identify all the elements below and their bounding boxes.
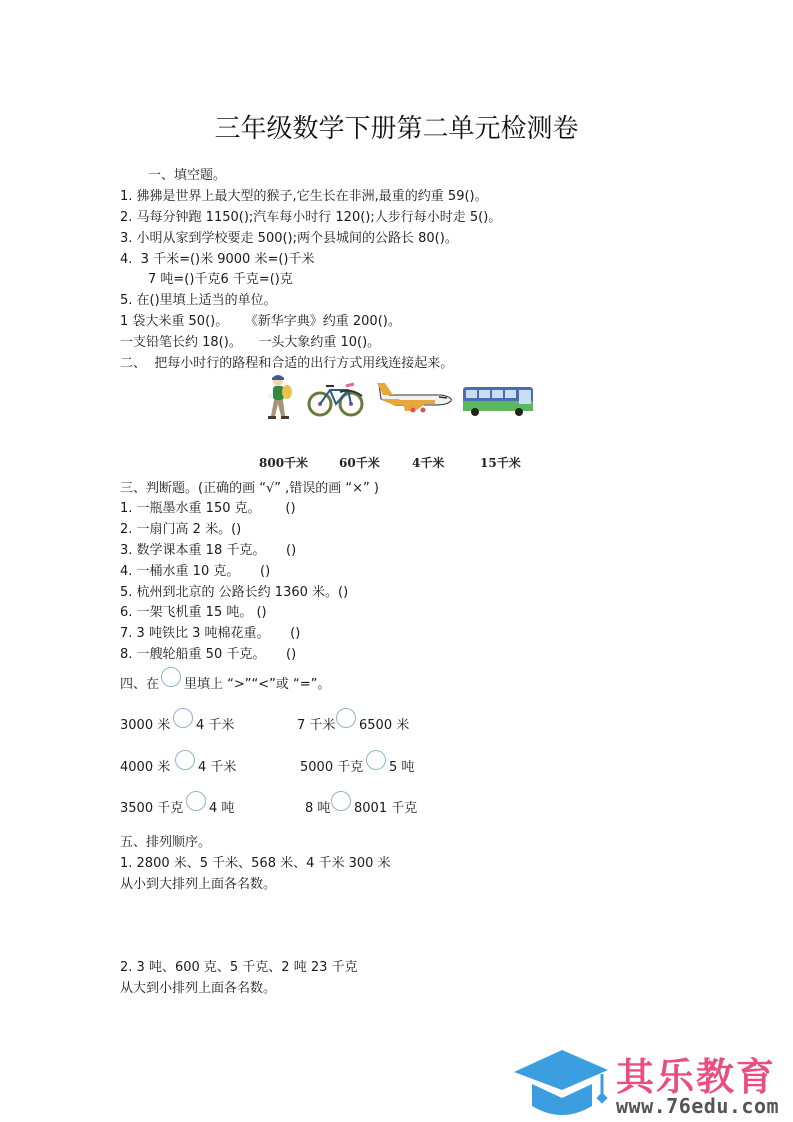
distance-label-3: 4千米 bbox=[412, 454, 444, 471]
distance-label-1: 800千米 bbox=[259, 454, 308, 471]
compare-circle-input[interactable] bbox=[186, 791, 206, 811]
compare-right-a: 7 千米 bbox=[297, 717, 335, 735]
compare-circle-input[interactable] bbox=[175, 750, 195, 770]
compare-circle-input[interactable] bbox=[331, 791, 351, 811]
bus-icon bbox=[461, 384, 537, 418]
question-1-1: 1. 狒狒是世界上最大型的猴子,它生长在非洲,最重的约重 59()。 bbox=[120, 188, 488, 206]
bicycle-icon bbox=[306, 380, 366, 418]
compare-left-a: 4000 米 bbox=[120, 759, 170, 777]
question-1-5b: 一支铅笔长约 18()。 一头大象约重 10()。 bbox=[120, 334, 380, 352]
judge-item: 7. 3 吨铁比 3 吨棉花重。 () bbox=[120, 625, 300, 643]
page-title: 三年级数学下册第二单元检测卷 bbox=[0, 108, 793, 145]
compare-left-b: 4 千米 bbox=[196, 717, 234, 735]
judge-item: 2. 一扇门高 2 米。() bbox=[120, 521, 241, 539]
section-4-heading-pre: 四、在 bbox=[120, 676, 159, 694]
section-1-heading: 一、填空题。 bbox=[148, 167, 226, 185]
order-instruction-2: 从大到小排列上面各名数。 bbox=[120, 980, 276, 998]
compare-right-b: 6500 米 bbox=[359, 717, 409, 735]
question-1-5: 5. 在()里填上适当的单位。 bbox=[120, 292, 277, 310]
compare-right-a: 8 吨 bbox=[305, 800, 330, 818]
walking-person-icon bbox=[262, 374, 296, 424]
judge-item: 6. 一架飞机重 15 吨。 () bbox=[120, 604, 267, 622]
airplane-icon bbox=[375, 381, 455, 415]
section-5-heading: 五、排列顺序。 bbox=[120, 834, 211, 852]
order-question-2: 2. 3 吨、600 克、5 千克、2 吨 23 千克 bbox=[120, 959, 358, 977]
judge-item: 5. 杭州到北京的 公路长约 1360 米。() bbox=[120, 584, 348, 602]
compare-circle-input[interactable] bbox=[366, 750, 386, 770]
section-4-heading-post: 里填上 “>”“<”或 “=”。 bbox=[184, 676, 330, 694]
order-instruction-1: 从小到大排列上面各名数。 bbox=[120, 876, 276, 894]
question-1-2: 2. 马每分钟跑 1150();汽车每小时行 120();人步行每小时走 5()… bbox=[120, 209, 501, 227]
compare-left-b: 4 千米 bbox=[198, 759, 236, 777]
question-1-3: 3. 小明从家到学校要走 500();两个县城间的公路长 80()。 bbox=[120, 230, 458, 248]
distance-label-4: 15千米 bbox=[480, 454, 521, 471]
brand-name: 其乐教育 bbox=[616, 1046, 776, 1101]
order-question-1: 1. 2800 米、5 千米、568 米、4 千米 300 米 bbox=[120, 855, 391, 873]
brand-url: www.76edu.com bbox=[616, 1094, 779, 1118]
judge-item: 1. 一瓶墨水重 150 克。 () bbox=[120, 500, 296, 518]
question-1-4b: 7 吨=()千克6 千克=()克 bbox=[148, 271, 293, 289]
compare-circle-example bbox=[161, 667, 181, 687]
judge-item: 8. 一艘轮船重 50 千克。 () bbox=[120, 646, 296, 664]
judge-item: 4. 一桶水重 10 克。 () bbox=[120, 563, 270, 581]
compare-left-a: 3500 千克 bbox=[120, 800, 183, 818]
compare-right-b: 5 吨 bbox=[389, 759, 414, 777]
compare-circle-input[interactable] bbox=[173, 708, 193, 728]
judge-item: 3. 数学课本重 18 千克。 () bbox=[120, 542, 296, 560]
compare-circle-input[interactable] bbox=[336, 708, 356, 728]
section-3-heading: 三、判断题。(正确的画 “√” ,错误的画 “×” ) bbox=[120, 480, 379, 498]
question-1-4a: 4. 3 千米=()米 9000 米=()千米 bbox=[120, 251, 315, 269]
watermark-logo: 其乐教育 www.76edu.com bbox=[510, 1040, 790, 1120]
distance-label-2: 60千米 bbox=[339, 454, 380, 471]
question-1-5a: 1 袋大米重 50()。 《新华字典》约重 200()。 bbox=[120, 313, 401, 331]
graduation-cap-icon bbox=[510, 1044, 610, 1120]
section-2-heading: 二、 把每小时行的路程和合适的出行方式用线连接起来。 bbox=[120, 355, 453, 373]
compare-left-a: 3000 米 bbox=[120, 717, 170, 735]
compare-left-b: 4 吨 bbox=[209, 800, 234, 818]
compare-right-a: 5000 千克 bbox=[300, 759, 363, 777]
compare-right-b: 8001 千克 bbox=[354, 800, 417, 818]
